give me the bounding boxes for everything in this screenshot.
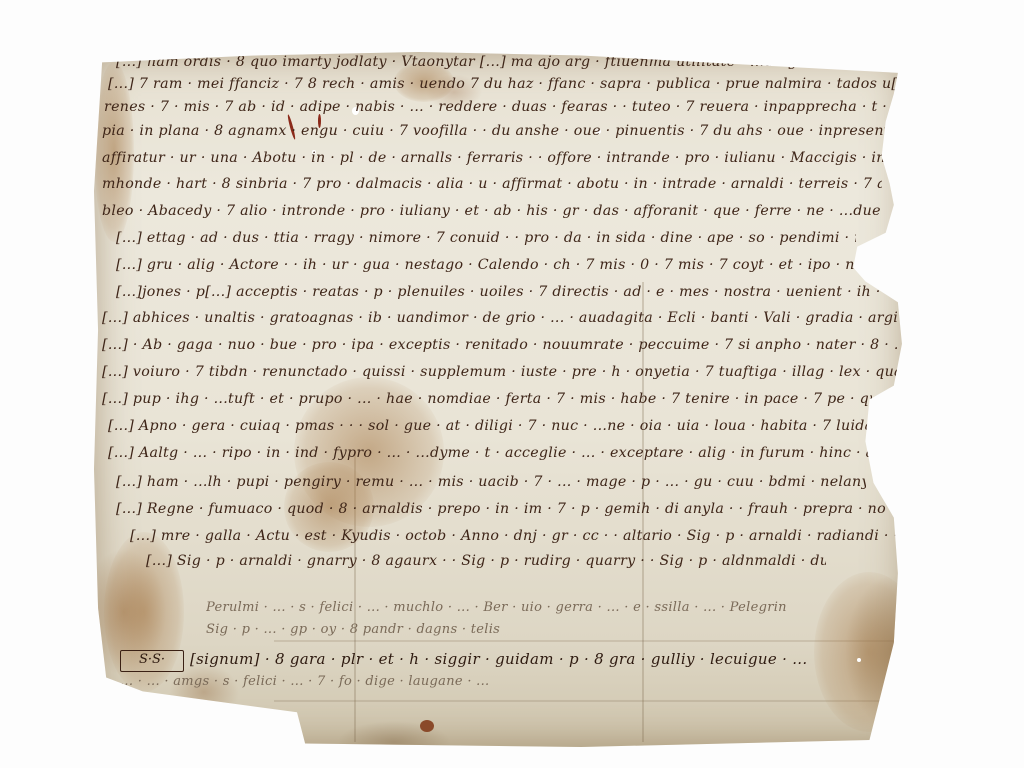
text-line-20: [...] Sig · p · arnaldi · gnarry · 8 aga… [146,553,826,569]
text-line-7: bleo · Abacedy · 7 alio · intronde · pro… [102,203,882,219]
text-line-14: [...] pup · ihg · ...tuft · et · prupo ·… [102,391,872,407]
text-line-1: [...] nam ordis · 8 quo imarty jodlaty ·… [116,54,896,70]
witness-line-1: Perulmi · ... · s · felici · ... · muchl… [206,600,896,615]
text-line-9: [...] gru · alig · Actore · · ih · ur · … [116,257,856,273]
parchment-charter: [...] nam ordis · 8 quo imarty jodlaty ·… [94,52,906,747]
text-line-15: [...] Apno · gera · cuiaq · pmas · · · s… [108,418,878,434]
text-line-5: affiratur · ur · una · Abotu · in · pl ·… [102,150,892,166]
text-line-17: [...] ham · ...lh · pupi · pengiry · rem… [116,474,866,490]
text-line-12: [...] · Ab · gaga · nuo · bue · pro · ip… [102,337,897,353]
witness-line-2: Sig · p · ... · gp · oy · 8 pandr · dagn… [206,622,526,637]
text-line-10: [...]jones · p[...] acceptis · reatas · … [116,284,886,300]
ink-blot [420,720,434,732]
edge-stain [814,572,924,732]
text-line-4: pia · in plana · 8 agnamx · engu · cuiu … [102,123,892,139]
text-line-6: mhonde · hart · 8 sinbria · 7 pro · dalm… [102,176,882,192]
text-line-18: [...] Regne · fumuaco · quod · 8 · arnal… [116,501,886,517]
fold-line [274,640,894,642]
photo-background: [...] nam ordis · 8 quo imarty jodlaty ·… [0,0,1024,768]
scribe-monogram: S·S· [120,650,184,672]
text-line-8: [...] ettag · ad · dus · ttia · rragy · … [116,230,856,246]
parchment-hole [857,658,861,662]
text-line-13: [...] voiuro · 7 tibdn · renunctado · qu… [102,364,897,380]
text-line-16: [...] Aaltg · ... · ripo · in · ind · fy… [108,445,878,461]
scribe-note-line: ... · ... · amgs · s · felici · ... · 7 … [120,674,540,689]
text-line-3: renes · 7 · mis · 7 ab · id · adipe · na… [104,99,894,115]
fold-line [274,700,894,702]
text-line-11: [...] abhices · unaltis · gratoagnas · i… [102,310,897,326]
text-line-2: [...] 7 ram · mei ffanciz · 7 8 rech · a… [108,76,898,92]
text-line-19: [...] mre · galla · Actu · est · Kyudis … [130,528,900,544]
scribe-line: [signum] · 8 gara · plr · et · h · siggi… [190,650,810,668]
